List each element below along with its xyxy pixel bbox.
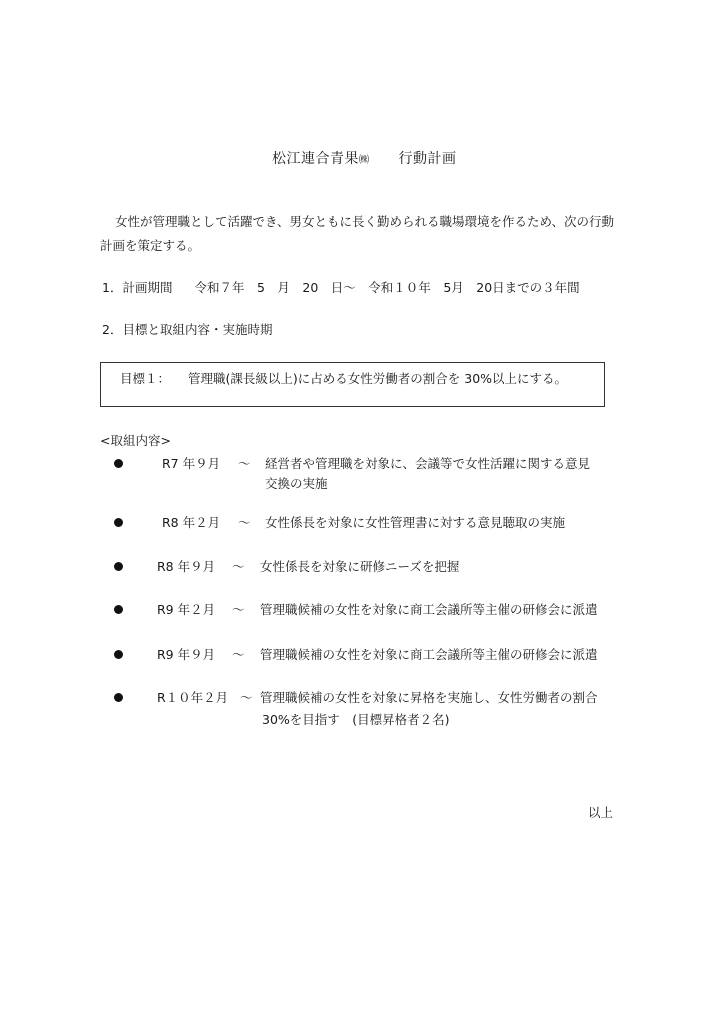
actions-heading: <取組内容> bbox=[100, 431, 171, 449]
action-description-cont: 30%を目指す (目標昇格者２名) bbox=[262, 710, 450, 728]
company-name: 松江連合青果 bbox=[272, 151, 359, 167]
bullet-icon bbox=[114, 693, 123, 702]
plan-title: 行動計画 bbox=[399, 151, 457, 167]
action-date: R7 年９月 bbox=[162, 454, 220, 472]
action-date: R9 年２月 bbox=[157, 600, 215, 618]
action-description: 管理職候補の女性を対象に商工会議所等主催の研修会に派遣 bbox=[260, 600, 598, 618]
action-tilde: ～ bbox=[240, 688, 253, 706]
action-description: 管理職候補の女性を対象に昇格を実施し、女性労働者の割合 bbox=[260, 688, 598, 706]
action-date: R9 年９月 bbox=[157, 645, 215, 663]
action-description: 管理職候補の女性を対象に商工会議所等主催の研修会に派遣 bbox=[260, 645, 598, 663]
bullet-icon bbox=[114, 562, 123, 571]
goal-label: 目標１： bbox=[120, 371, 170, 386]
action-tilde: ～ bbox=[238, 513, 251, 531]
closing-mark: 以上 bbox=[588, 803, 613, 821]
goal-statement: 目標１：管理職(課長級以上)に占める女性労働者の割合を 30%以上にする。 bbox=[120, 369, 567, 387]
action-description: 女性係長を対象に女性管理書に対する意見聴取の実施 bbox=[265, 513, 565, 531]
plan-period-value: 令和７年 5 月 20 日～ 令和１０年 5月 20日までの３年間 bbox=[194, 280, 579, 295]
action-date: R8 年２月 bbox=[162, 513, 220, 531]
section-plan-period: 1．計画期間令和７年 5 月 20 日～ 令和１０年 5月 20日までの３年間 bbox=[102, 278, 580, 296]
bullet-icon bbox=[114, 459, 123, 468]
action-tilde: ～ bbox=[232, 645, 245, 663]
action-description-cont: 交換の実施 bbox=[265, 474, 328, 492]
action-tilde: ～ bbox=[238, 454, 251, 472]
intro-line-1: 女性が管理職として活躍でき、男女ともに長く勤められる職場環境を作るため、次の行動 bbox=[115, 212, 614, 230]
bullet-icon bbox=[114, 650, 123, 659]
action-date: R１０年２月 bbox=[157, 688, 228, 706]
company-type: ㈱ bbox=[359, 155, 370, 166]
document-title: 松江連合青果㈱ 行動計画 bbox=[272, 148, 457, 168]
action-description: 女性係長を対象に研修ニーズを把握 bbox=[260, 557, 459, 575]
goal-text: 管理職(課長級以上)に占める女性労働者の割合を 30%以上にする。 bbox=[188, 371, 567, 386]
action-tilde: ～ bbox=[232, 557, 245, 575]
bullet-icon bbox=[114, 605, 123, 614]
action-tilde: ～ bbox=[232, 600, 245, 618]
action-date: R8 年９月 bbox=[157, 557, 215, 575]
intro-line-2: 計画を策定する。 bbox=[100, 236, 200, 254]
section-2-label: 2．目標と取組内容・実施時期 bbox=[102, 320, 272, 338]
bullet-icon bbox=[114, 518, 123, 527]
section-1-label: 1．計画期間 bbox=[102, 280, 172, 295]
action-description: 経営者や管理職を対象に、会議等で女性活躍に関する意見 bbox=[265, 454, 590, 472]
